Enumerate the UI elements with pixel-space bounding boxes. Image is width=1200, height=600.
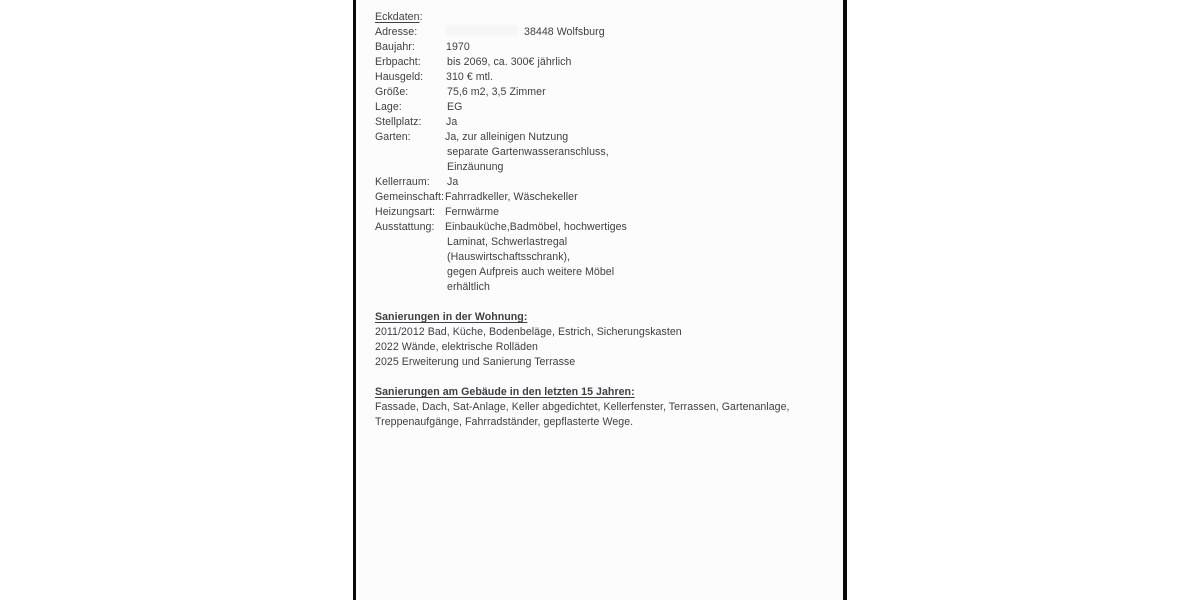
detail-label: Ausstattung: bbox=[375, 220, 435, 235]
detail-value: Ja bbox=[446, 115, 457, 130]
detail-value: Einbauküche,Badmöbel, hochwertiges bbox=[445, 220, 627, 235]
detail-value-continued: gegen Aufpreis auch weitere Möbel bbox=[447, 265, 614, 280]
detail-continuation: gegen Aufpreis auch weitere Möbel bbox=[375, 265, 835, 280]
detail-label: Lage: bbox=[375, 100, 402, 115]
detail-continuation: Einzäunung bbox=[375, 160, 835, 175]
detail-value: Ja bbox=[447, 175, 458, 190]
redacted-street bbox=[446, 25, 518, 36]
sanierungen-wohnung-heading-text: Sanierungen in der Wohnung: bbox=[375, 311, 527, 323]
detail-value: 310 € mtl. bbox=[446, 70, 493, 85]
detail-value-continued: Einzäunung bbox=[447, 160, 503, 175]
detail-continuation: erhältlich bbox=[375, 280, 835, 295]
eckdaten-heading-text: Eckdaten bbox=[375, 11, 420, 23]
detail-row-stellplatz: Stellplatz: Ja bbox=[375, 115, 835, 130]
detail-label: Erbpacht: bbox=[375, 55, 421, 70]
detail-row-baujahr: Baujahr: 1970 bbox=[375, 40, 835, 55]
detail-continuation: Laminat, Schwerlastregal bbox=[375, 235, 835, 250]
detail-row-heizungsart: Heizungsart: Fernwärme bbox=[375, 205, 835, 220]
section-spacer bbox=[375, 295, 835, 310]
detail-row-ausstattung: Ausstattung: Einbauküche,Badmöbel, hochw… bbox=[375, 220, 835, 235]
detail-label: Garten: bbox=[375, 130, 411, 145]
detail-label: Heizungsart: bbox=[375, 205, 435, 220]
section-spacer bbox=[375, 370, 835, 385]
detail-value: Fahrradkeller, Wäschekeller bbox=[445, 190, 578, 205]
detail-label: Kellerraum: bbox=[375, 175, 430, 190]
sanierungen-wohnung-heading: Sanierungen in der Wohnung: bbox=[375, 310, 835, 325]
renovation-line: 2011/2012 Bad, Küche, Bodenbeläge, Estri… bbox=[375, 325, 835, 340]
detail-value-continued: (Hauswirtschaftsschrank), bbox=[447, 250, 570, 265]
detail-row-adresse: Adresse: 38448 Wolfsburg bbox=[375, 25, 835, 40]
building-renovation-line: Treppenaufgänge, Fahrradständer, gepflas… bbox=[375, 415, 835, 430]
detail-value: Fernwärme bbox=[445, 205, 499, 220]
detail-value: bis 2069, ca. 300€ jährlich bbox=[447, 55, 571, 70]
detail-value: 38448 Wolfsburg bbox=[446, 25, 605, 40]
renovation-line: 2025 Erweiterung und Sanierung Terrasse bbox=[375, 355, 835, 370]
renovation-line: 2022 Wände, elektrische Rolläden bbox=[375, 340, 835, 355]
address-city: 38448 Wolfsburg bbox=[524, 26, 605, 38]
detail-continuation: separate Gartenwasseranschluss, bbox=[375, 145, 835, 160]
sanierungen-gebaeude-heading: Sanierungen am Gebäude in den letzten 15… bbox=[375, 385, 835, 400]
detail-value: Ja, zur alleinigen Nutzung bbox=[445, 130, 568, 145]
detail-label: Stellplatz: bbox=[375, 115, 421, 130]
building-renovation-line: Fassade, Dach, Sat-Anlage, Keller abgedi… bbox=[375, 400, 835, 415]
detail-value: 1970 bbox=[446, 40, 470, 55]
detail-row-garten: Garten: Ja, zur alleinigen Nutzung bbox=[375, 130, 835, 145]
detail-label: Gemeinschaft: bbox=[375, 190, 444, 205]
detail-value: 75,6 m2, 3,5 Zimmer bbox=[447, 85, 546, 100]
detail-label: Baujahr: bbox=[375, 40, 415, 55]
detail-row-lage: Lage: EG bbox=[375, 100, 835, 115]
detail-value-continued: Laminat, Schwerlastregal bbox=[447, 235, 567, 250]
eckdaten-heading-colon: : bbox=[420, 11, 423, 23]
detail-row-groesse: Größe: 75,6 m2, 3,5 Zimmer bbox=[375, 85, 835, 100]
detail-row-gemeinschaft: Gemeinschaft: Fahrradkeller, Wäschekelle… bbox=[375, 190, 835, 205]
detail-value-continued: erhältlich bbox=[447, 280, 490, 295]
detail-label: Hausgeld: bbox=[375, 70, 423, 85]
detail-label: Größe: bbox=[375, 85, 408, 100]
detail-row-hausgeld: Hausgeld: 310 € mtl. bbox=[375, 70, 835, 85]
sanierungen-gebaeude-heading-text: Sanierungen am Gebäude in den letzten 15… bbox=[375, 386, 635, 398]
document-frame: Eckdaten: Adresse: 38448 Wolfsburg Bauja… bbox=[353, 0, 847, 600]
detail-continuation: (Hauswirtschaftsschrank), bbox=[375, 250, 835, 265]
detail-value: EG bbox=[447, 100, 462, 115]
detail-row-erbpacht: Erbpacht: bis 2069, ca. 300€ jährlich bbox=[375, 55, 835, 70]
detail-label: Adresse: bbox=[375, 25, 417, 40]
listing-details: Eckdaten: Adresse: 38448 Wolfsburg Bauja… bbox=[375, 10, 835, 430]
detail-value-continued: separate Gartenwasseranschluss, bbox=[447, 145, 609, 160]
detail-row-kellerraum: Kellerraum: Ja bbox=[375, 175, 835, 190]
eckdaten-heading: Eckdaten: bbox=[375, 10, 835, 25]
